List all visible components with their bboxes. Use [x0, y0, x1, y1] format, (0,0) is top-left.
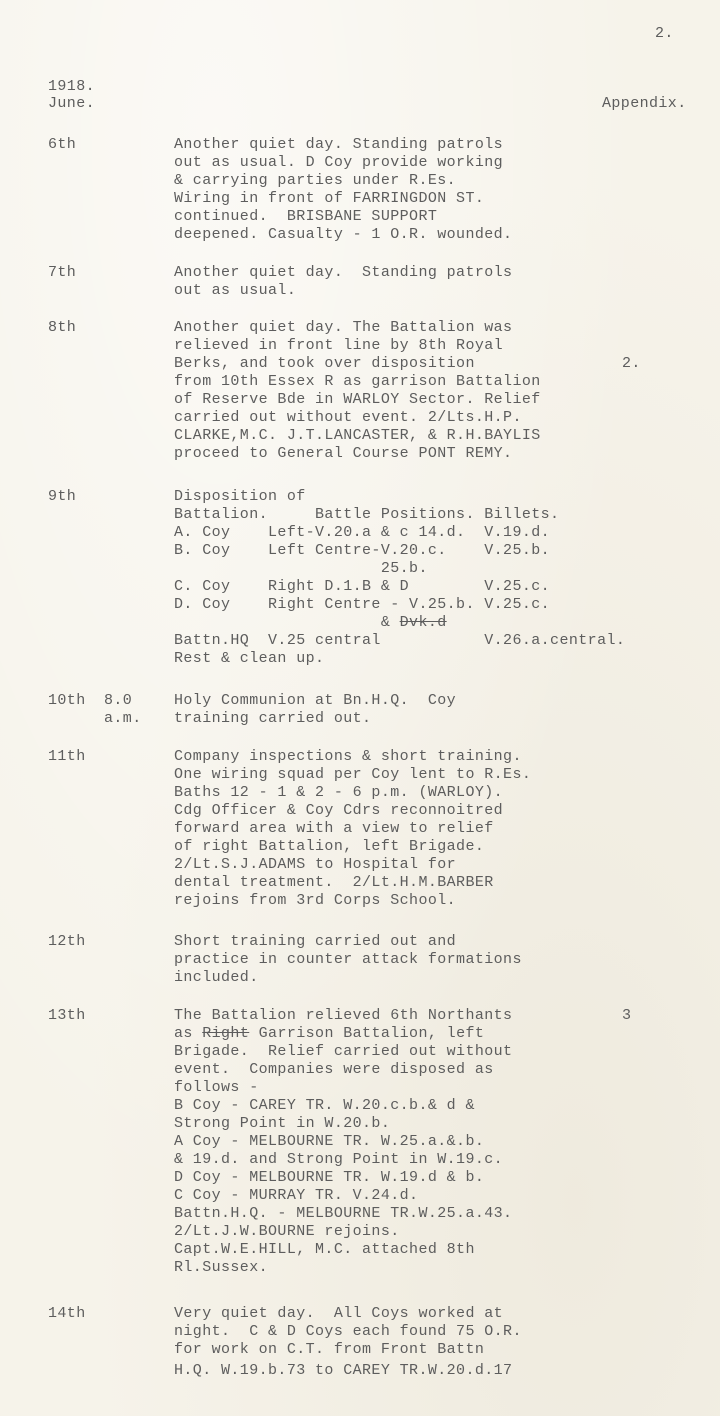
- entry-date-12th: 12th: [48, 933, 86, 951]
- entry-line: included.: [174, 969, 259, 987]
- entry-line: from 10th Essex R as garrison Battalion: [174, 373, 541, 391]
- entry-date-6th: 6th: [48, 136, 76, 154]
- entry-date-14th: 14th: [48, 1305, 86, 1323]
- entry-line: Cdg Officer & Coy Cdrs reconnoitred: [174, 802, 503, 820]
- entry-line: practice in counter attack formations: [174, 951, 522, 969]
- entry-line: Baths 12 - 1 & 2 - 6 p.m. (WARLOY).: [174, 784, 503, 802]
- disposition-row: C. Coy Right D.1.B & D V.25.c.: [174, 578, 550, 596]
- entry-line: D Coy - MELBOURNE TR. W.19.d & b.: [174, 1169, 484, 1187]
- entry-date-9th: 9th: [48, 488, 76, 506]
- entry-line: carried out without event. 2/Lts.H.P.: [174, 409, 522, 427]
- entry-time-suffix: a.m.: [104, 710, 142, 728]
- year-heading: 1918.: [48, 78, 95, 96]
- entry-line: C Coy - MURRAY TR. V.24.d.: [174, 1187, 418, 1205]
- disposition-row: D. Coy Right Centre - V.25.b. V.25.c.: [174, 596, 550, 614]
- entry-line: out as usual. D Coy provide working: [174, 154, 503, 172]
- struck-text: Dvk.d: [400, 614, 447, 631]
- month-heading: June.: [48, 95, 95, 113]
- entry-line: night. C & D Coys each found 75 O.R.: [174, 1323, 522, 1341]
- entry-line: proceed to General Course PONT REMY.: [174, 445, 512, 463]
- entry-line: & carrying parties under R.Es.: [174, 172, 456, 190]
- entry-line: Another quiet day. The Battalion was: [174, 319, 512, 337]
- entry-line: Rl.Sussex.: [174, 1259, 268, 1277]
- entry-line: dental treatment. 2/Lt.H.M.BARBER: [174, 874, 494, 892]
- appendix-column-heading: Appendix.: [602, 95, 687, 113]
- entry-line: One wiring squad per Coy lent to R.Es.: [174, 766, 531, 784]
- entry-date-10th: 10th: [48, 692, 86, 710]
- disposition-row: Battn.HQ V.25 central V.26.a.central.: [174, 632, 625, 650]
- disposition-row: & Dvk.d: [174, 614, 447, 632]
- disposition-row: A. Coy Left-V.20.a & c 14.d. V.19.d.: [174, 524, 550, 542]
- entry-line: training carried out.: [174, 710, 371, 728]
- entry-line: for work on C.T. from Front Battn: [174, 1341, 484, 1359]
- entry-line: The Battalion relieved 6th Northants: [174, 1007, 512, 1025]
- entry-line: Wiring in front of FARRINGDON ST.: [174, 190, 484, 208]
- entry-line: Company inspections & short training.: [174, 748, 522, 766]
- entry-date-7th: 7th: [48, 264, 76, 282]
- disposition-row: B. Coy Left Centre-V.20.c. V.25.b.: [174, 542, 550, 560]
- entry-line: continued. BRISBANE SUPPORT: [174, 208, 437, 226]
- entry-line: Short training carried out and: [174, 933, 456, 951]
- entry-line: of right Battalion, left Brigade.: [174, 838, 484, 856]
- appendix-reference: 2.: [622, 355, 641, 373]
- entry-line: 2/Lt.S.J.ADAMS to Hospital for: [174, 856, 456, 874]
- entry-line: deepened. Casualty - 1 O.R. wounded.: [174, 226, 512, 244]
- entry-line: follows -: [174, 1079, 259, 1097]
- page-number: 2.: [655, 25, 674, 43]
- entry-line: Very quiet day. All Coys worked at: [174, 1305, 503, 1323]
- entry-line: rejoins from 3rd Corps School.: [174, 892, 456, 910]
- entry-line: Disposition of: [174, 488, 306, 506]
- entry-line: A Coy - MELBOURNE TR. W.25.a.&.b.: [174, 1133, 484, 1151]
- entry-line: CLARKE,M.C. J.T.LANCASTER, & R.H.BAYLIS: [174, 427, 541, 445]
- entry-line: Another quiet day. Standing patrols: [174, 264, 512, 282]
- entry-line: of Reserve Bde in WARLOY Sector. Relief: [174, 391, 541, 409]
- entry-line: event. Companies were disposed as: [174, 1061, 494, 1079]
- entry-line: relieved in front line by 8th Royal: [174, 337, 503, 355]
- entry-line: Another quiet day. Standing patrols: [174, 136, 503, 154]
- disposition-row: 25.b.: [174, 560, 428, 578]
- entry-date-13th: 13th: [48, 1007, 86, 1025]
- entry-line: Strong Point in W.20.b.: [174, 1115, 390, 1133]
- entry-line: as Right Garrison Battalion, left: [174, 1025, 484, 1043]
- entry-line: & 19.d. and Strong Point in W.19.c.: [174, 1151, 503, 1169]
- entry-time: 8.0: [104, 692, 132, 710]
- disposition-table-header: Battalion. Battle Positions. Billets.: [174, 506, 559, 524]
- entry-line: out as usual.: [174, 282, 296, 300]
- entry-line: Holy Communion at Bn.H.Q. Coy: [174, 692, 456, 710]
- entry-line: 2/Lt.J.W.BOURNE rejoins.: [174, 1223, 400, 1241]
- entry-date-8th: 8th: [48, 319, 76, 337]
- entry-line: Capt.W.E.HILL, M.C. attached 8th: [174, 1241, 475, 1259]
- appendix-reference: 3: [622, 1007, 631, 1025]
- entry-date-11th: 11th: [48, 748, 86, 766]
- entry-line: Battn.H.Q. - MELBOURNE TR.W.25.a.43.: [174, 1205, 512, 1223]
- entry-line: Berks, and took over disposition: [174, 355, 475, 373]
- entry-line: Brigade. Relief carried out without: [174, 1043, 512, 1061]
- entry-line: H.Q. W.19.b.73 to CAREY TR.W.20.d.17: [174, 1362, 512, 1380]
- entry-line: B Coy - CAREY TR. W.20.c.b.& d &: [174, 1097, 475, 1115]
- struck-text: Right: [202, 1025, 249, 1042]
- entry-line: forward area with a view to relief: [174, 820, 494, 838]
- entry-line: Rest & clean up.: [174, 650, 324, 668]
